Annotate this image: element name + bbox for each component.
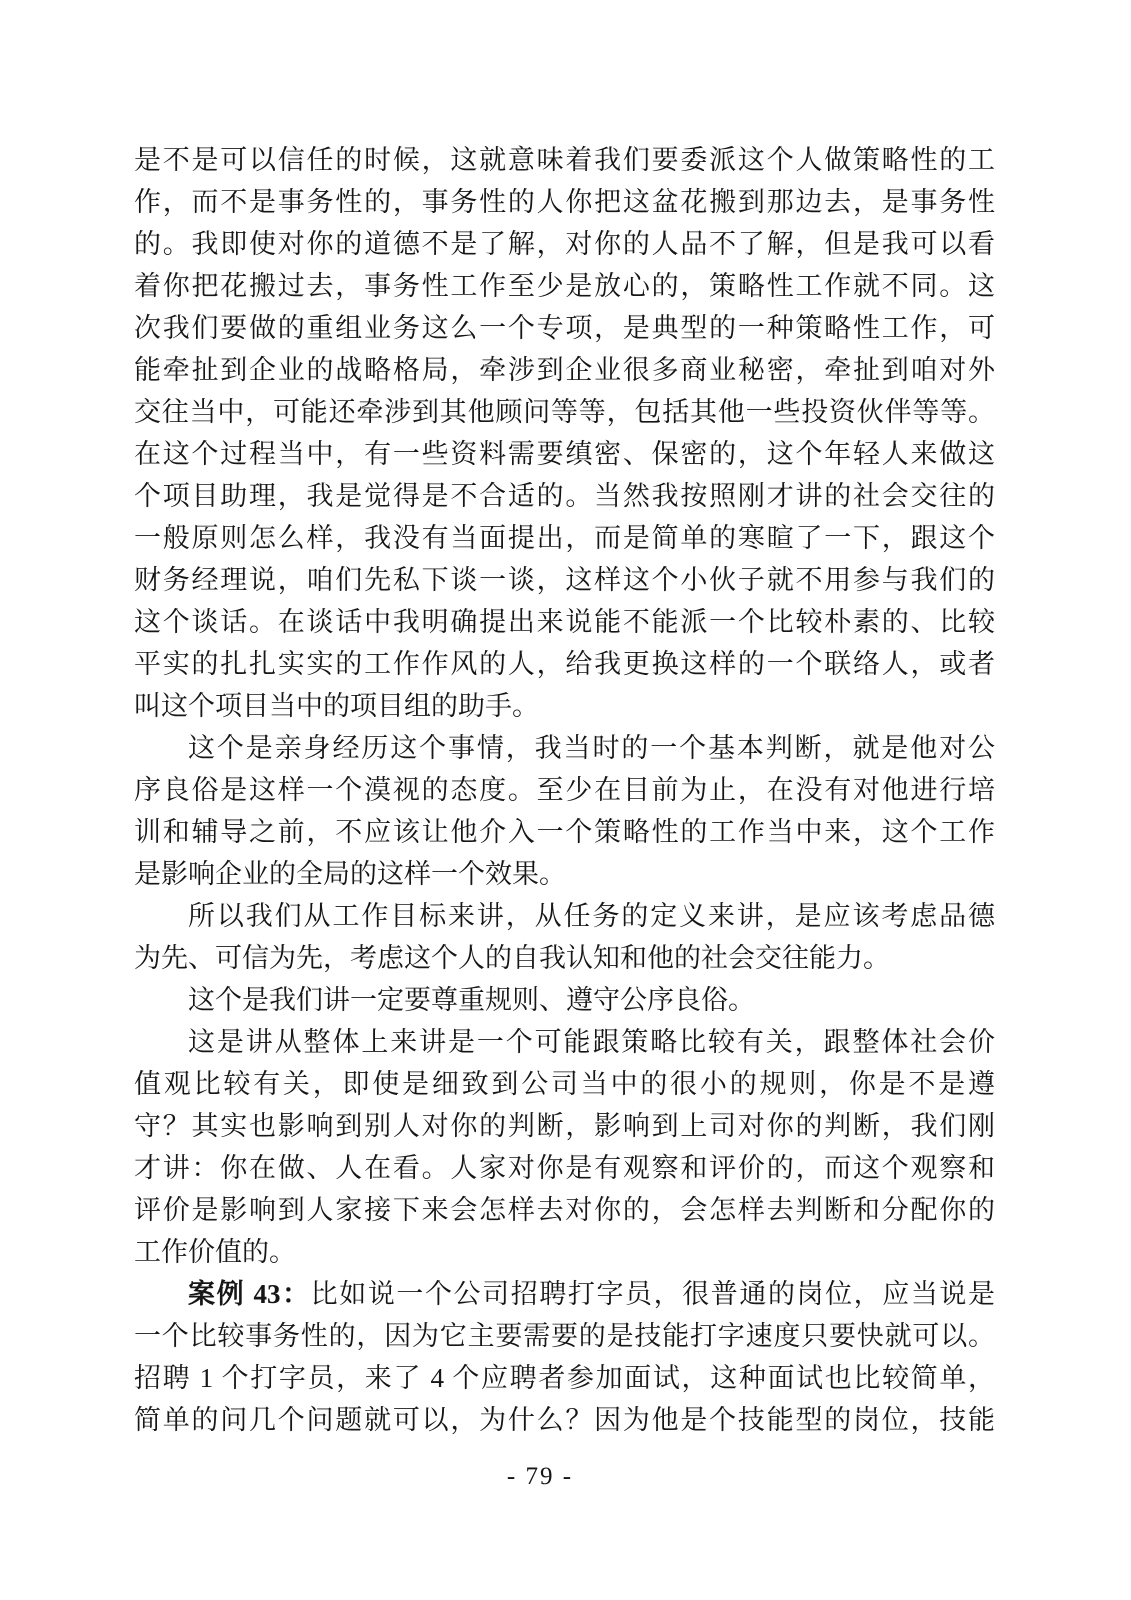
text-run: 工作价值的。: [134, 1237, 296, 1267]
text-run: 在这个过程当中，有一些资料需要缜密、保密的，这个年轻人来做这: [134, 439, 995, 469]
text-run: 作，而不是事务性的，事务性的人你把这盆花搬到那边去，是事务性: [134, 187, 995, 217]
text-line: 简单的问几个问题就可以，为什么？因为他是个技能型的岗位，技能: [134, 1399, 995, 1441]
text-line: 这个是我们讲一定要尊重规则、遵守公序良俗。: [134, 979, 995, 1021]
text-run: 所以我们从工作目标来讲，从任务的定义来讲，是应该考虑品德: [188, 901, 995, 931]
text-run: 评价是影响到人家接下来会怎样去对你的，会怎样去判断和分配你的: [134, 1195, 995, 1225]
text-line: 为先、可信为先，考虑这个人的自我认知和他的社会交往能力。: [134, 937, 995, 979]
text-line: 值观比较有关，即使是细致到公司当中的很小的规则，你是不是遵: [134, 1063, 995, 1105]
text-line: 是不是可以信任的时候，这就意味着我们要委派这个人做策略性的工: [134, 139, 995, 181]
page-number: - 79 -: [0, 1463, 1080, 1491]
text-run: 的。我即使对你的道德不是了解，对你的人品不了解，但是我可以看: [134, 229, 995, 259]
text-line: 招聘 1 个打字员，来了 4 个应聘者参加面试，这种面试也比较简单，: [134, 1357, 995, 1399]
text-line: 评价是影响到人家接下来会怎样去对你的，会怎样去判断和分配你的: [134, 1189, 995, 1231]
text-line: 次我们要做的重组业务这么一个专项，是典型的一种策略性工作，可: [134, 307, 995, 349]
text-line: 在这个过程当中，有一些资料需要缜密、保密的，这个年轻人来做这: [134, 433, 995, 475]
text-run: 一般原则怎么样，我没有当面提出，而是简单的寒暄了一下，跟这个: [134, 523, 995, 553]
text-line: 案例 43：比如说一个公司招聘打字员，很普通的岗位，应当说是: [134, 1273, 995, 1315]
text-run: 着你把花搬过去，事务性工作至少是放心的，策略性工作就不同。这: [134, 271, 995, 301]
document-page: 是不是可以信任的时候，这就意味着我们要委派这个人做策略性的工作，而不是事务性的，…: [0, 0, 1131, 1600]
text-line: 能牵扯到企业的战略格局，牵涉到企业很多商业秘密，牵扯到咱对外: [134, 349, 995, 391]
text-run: 交往当中，可能还牵涉到其他顾问等等，包括其他一些投资伙伴等等。: [134, 397, 995, 427]
case-label: 案例 43：: [188, 1279, 311, 1309]
text-run: 是不是可以信任的时候，这就意味着我们要委派这个人做策略性的工: [134, 145, 995, 175]
text-run: 这是讲从整体上来讲是一个可能跟策略比较有关，跟整体社会价: [188, 1027, 995, 1057]
text-line: 一个比较事务性的，因为它主要需要的是技能打字速度只要快就可以。: [134, 1315, 995, 1357]
text-run: 能牵扯到企业的战略格局，牵涉到企业很多商业秘密，牵扯到咱对外: [134, 355, 995, 385]
text-line: 财务经理说，咱们先私下谈一谈，这样这个小伙子就不用参与我们的: [134, 559, 995, 601]
text-run: 值观比较有关，即使是细致到公司当中的很小的规则，你是不是遵: [134, 1069, 995, 1099]
text-run: 一个比较事务性的，因为它主要需要的是技能打字速度只要快就可以。: [134, 1321, 995, 1351]
text-run: 财务经理说，咱们先私下谈一谈，这样这个小伙子就不用参与我们的: [134, 565, 995, 595]
text-run: 简单的问几个问题就可以，为什么？因为他是个技能型的岗位，技能: [134, 1405, 995, 1435]
text-line: 交往当中，可能还牵涉到其他顾问等等，包括其他一些投资伙伴等等。: [134, 391, 995, 433]
text-run: 平实的扎扎实实的工作作风的人，给我更换这样的一个联络人，或者: [134, 649, 995, 679]
text-line: 平实的扎扎实实的工作作风的人，给我更换这样的一个联络人，或者: [134, 643, 995, 685]
text-run: 叫这个项目当中的项目组的助手。: [134, 691, 539, 721]
text-run: 这个是亲身经历这个事情，我当时的一个基本判断，就是他对公: [188, 733, 995, 763]
text-line: 这是讲从整体上来讲是一个可能跟策略比较有关，跟整体社会价: [134, 1021, 995, 1063]
text-line: 一般原则怎么样，我没有当面提出，而是简单的寒暄了一下，跟这个: [134, 517, 995, 559]
text-line: 叫这个项目当中的项目组的助手。: [134, 685, 995, 727]
text-line: 所以我们从工作目标来讲，从任务的定义来讲，是应该考虑品德: [134, 895, 995, 937]
text-line: 序良俗是这样一个漠视的态度。至少在目前为止，在没有对他进行培: [134, 769, 995, 811]
text-line: 工作价值的。: [134, 1231, 995, 1273]
text-line: 才讲：你在做、人在看。人家对你是有观察和评价的，而这个观察和: [134, 1147, 995, 1189]
text-line: 是影响企业的全局的这样一个效果。: [134, 853, 995, 895]
text-run: 招聘 1 个打字员，来了 4 个应聘者参加面试，这种面试也比较简单，: [134, 1363, 995, 1393]
text-run: 次我们要做的重组业务这么一个专项，是典型的一种策略性工作，可: [134, 313, 995, 343]
text-run: 守？其实也影响到别人对你的判断，影响到上司对你的判断，我们刚: [134, 1111, 995, 1141]
text-line: 作，而不是事务性的，事务性的人你把这盆花搬到那边去，是事务性: [134, 181, 995, 223]
body-text: 是不是可以信任的时候，这就意味着我们要委派这个人做策略性的工作，而不是事务性的，…: [134, 139, 995, 1441]
text-run: 序良俗是这样一个漠视的态度。至少在目前为止，在没有对他进行培: [134, 775, 995, 805]
text-run: 是影响企业的全局的这样一个效果。: [134, 859, 566, 889]
text-run: 才讲：你在做、人在看。人家对你是有观察和评价的，而这个观察和: [134, 1153, 995, 1183]
text-run: 训和辅导之前，不应该让他介入一个策略性的工作当中来，这个工作: [134, 817, 995, 847]
text-run: 为先、可信为先，考虑这个人的自我认知和他的社会交往能力。: [134, 943, 890, 973]
text-run: 这个谈话。在谈话中我明确提出来说能不能派一个比较朴素的、比较: [134, 607, 995, 637]
text-line: 训和辅导之前，不应该让他介入一个策略性的工作当中来，这个工作: [134, 811, 995, 853]
text-line: 个项目助理，我是觉得是不合适的。当然我按照刚才讲的社会交往的: [134, 475, 995, 517]
text-line: 这个谈话。在谈话中我明确提出来说能不能派一个比较朴素的、比较: [134, 601, 995, 643]
text-run: 比如说一个公司招聘打字员，很普通的岗位，应当说是: [311, 1279, 995, 1309]
text-run: 这个是我们讲一定要尊重规则、遵守公序良俗。: [188, 985, 755, 1015]
text-line: 的。我即使对你的道德不是了解，对你的人品不了解，但是我可以看: [134, 223, 995, 265]
text-run: 个项目助理，我是觉得是不合适的。当然我按照刚才讲的社会交往的: [134, 481, 995, 511]
text-line: 这个是亲身经历这个事情，我当时的一个基本判断，就是他对公: [134, 727, 995, 769]
text-line: 着你把花搬过去，事务性工作至少是放心的，策略性工作就不同。这: [134, 265, 995, 307]
text-line: 守？其实也影响到别人对你的判断，影响到上司对你的判断，我们刚: [134, 1105, 995, 1147]
